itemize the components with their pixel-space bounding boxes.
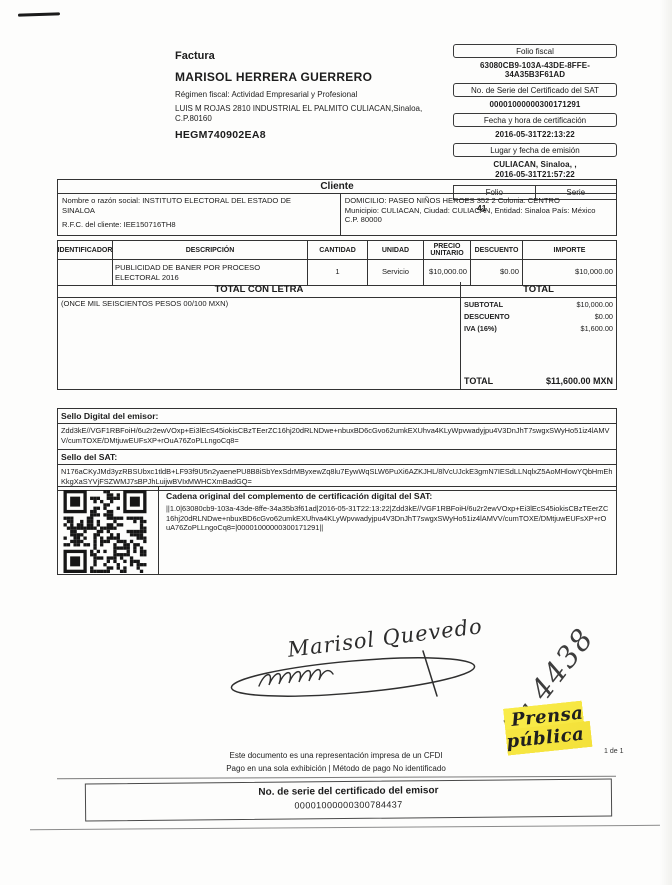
descuento-label: DESCUENTO [464,311,510,323]
client-zip-line: C.P. 80000 [345,215,612,225]
col-descuento: DESCUENTO [471,241,523,259]
cadena-original-section: Cadena original del complemento de certi… [57,486,617,575]
emisor-seal-label: Sello Digital del emisor: [58,409,616,424]
client-section-title: Cliente [58,180,616,194]
document-type-title: Factura [175,50,460,62]
highlight-note-text: Prensa pública [503,701,593,756]
totals-header-bar: TOTAL CON LETRA TOTAL [57,282,617,298]
client-address-line: DOMICILIO: PASEO NIÑOS HEROES 352 2 Colo… [345,196,612,206]
client-municipality-line: Municipio: CULIACAN, Ciudad: CULIACAN, E… [345,206,612,216]
total-con-letra-label: TOTAL CON LETRA [58,282,461,297]
total-label: TOTAL [464,376,493,386]
highlighted-note: Prensa pública [503,693,672,752]
client-section: Cliente Nombre o razón social: INSTITUTO… [57,179,617,236]
issuer-address: LUIS M ROJAS 2810 INDUSTRIAL EL PALMITO … [175,104,457,123]
scanned-invoice-page: Factura MARISOL HERRERA GUERRERO Régimen… [0,0,672,885]
client-name-block: Nombre o razón social: INSTITUTO ELECTOR… [58,194,340,235]
digital-seals-section: Sello Digital del emisor: Zdd3kE//VGF1RB… [57,408,617,491]
emisor-cert-serial-box: No. de serie del certificado del emisor … [85,778,612,821]
subtotal-label: SUBTOTAL [464,299,503,311]
scan-artifact-mark [18,12,60,16]
emisor-seal-value: Zdd3kE//VGF1RBFoiH/6u2r2ewVOxp+Ei3lEcS45… [58,424,616,450]
sat-cert-serial-label: No. de Serie del Certificado del SAT [453,83,617,97]
emisor-cert-serial-value: 00001000000300784437 [86,797,611,812]
cert-datetime-value: 2016-05-31T22:13:22 [453,127,617,143]
client-address-block: DOMICILIO: PASEO NIÑOS HEROES 352 2 Colo… [340,194,616,235]
subtotal-value: $10,000.00 [576,299,613,311]
emisor-cert-serial-title: No. de serie del certificado del emisor [86,783,611,799]
descuento-value: $0.00 [595,311,613,323]
folio-fiscal-label: Folio fiscal [453,44,617,58]
col-unidad: UNIDAD [368,241,424,259]
signature-flourish [225,650,497,704]
totals-body: (ONCE MIL SEISCIENTOS PESOS 00/100 MXN) … [57,297,617,390]
total-value: $11,600.00 MXN [546,376,613,386]
qr-code [63,490,147,573]
cert-datetime-label: Fecha y hora de certificación [453,113,617,127]
col-precio-unitario: PRECIO UNITARIO [424,241,471,259]
items-table: IDENTIFICADOR DESCRIPCIÓN CANTIDAD UNIDA… [57,240,617,286]
issuer-name: MARISOL HERRERA GUERRERO [175,70,460,84]
sat-seal-label: Sello del SAT: [58,450,616,465]
col-descripcion: DESCRIPCIÓN [113,241,308,259]
iva-value: $1,600.00 [581,323,613,335]
issuer-header: Factura MARISOL HERRERA GUERRERO Régimen… [175,50,460,141]
col-identificador: IDENTIFICADOR [58,241,113,259]
totals-column: SUBTOTAL $10,000.00 DESCUENTO $0.00 IVA … [461,297,616,389]
cadena-label: Cadena original del complemento de certi… [166,491,609,501]
issuer-tax-regime: Régimen fiscal: Actividad Empresarial y … [175,90,460,99]
client-name-line1: Nombre o razón social: INSTITUTO ELECTOR… [62,196,336,206]
cadena-value: ||1.0|63080cb9-103a-43de-8ffe-34a35b3f61… [166,504,609,533]
client-rfc: R.F.C. del cliente: IEE150716TH8 [62,220,336,230]
iva-label: IVA (16%) [464,323,497,335]
issuer-rfc: HEGM740902EA8 [175,129,460,141]
amount-in-words: (ONCE MIL SEISCIENTOS PESOS 00/100 MXN) [58,297,461,389]
footer-payment-line: Pago en una sola exhibición | Método de … [0,764,672,773]
col-importe: IMPORTE [523,241,616,259]
client-name-line2: SINALOA [62,206,336,216]
folio-fiscal-value: 63080CB9-103A-43DE-8FFE-34A35B3F61AD [453,58,617,83]
total-header-label: TOTAL [461,282,616,297]
handwritten-signature: Marisol Quevedo [225,624,505,702]
items-table-header: IDENTIFICADOR DESCRIPCIÓN CANTIDAD UNIDA… [58,241,616,259]
cadena-text-block: Cadena original del complemento de certi… [158,487,616,574]
bottom-divider [30,825,660,830]
footer-cfdi-line: Este documento es una representación imp… [0,751,672,760]
col-cantidad: CANTIDAD [308,241,368,259]
issue-place-label: Lugar y fecha de emisión [453,143,617,157]
sat-cert-serial-value: 00001000000300171291 [453,97,617,113]
